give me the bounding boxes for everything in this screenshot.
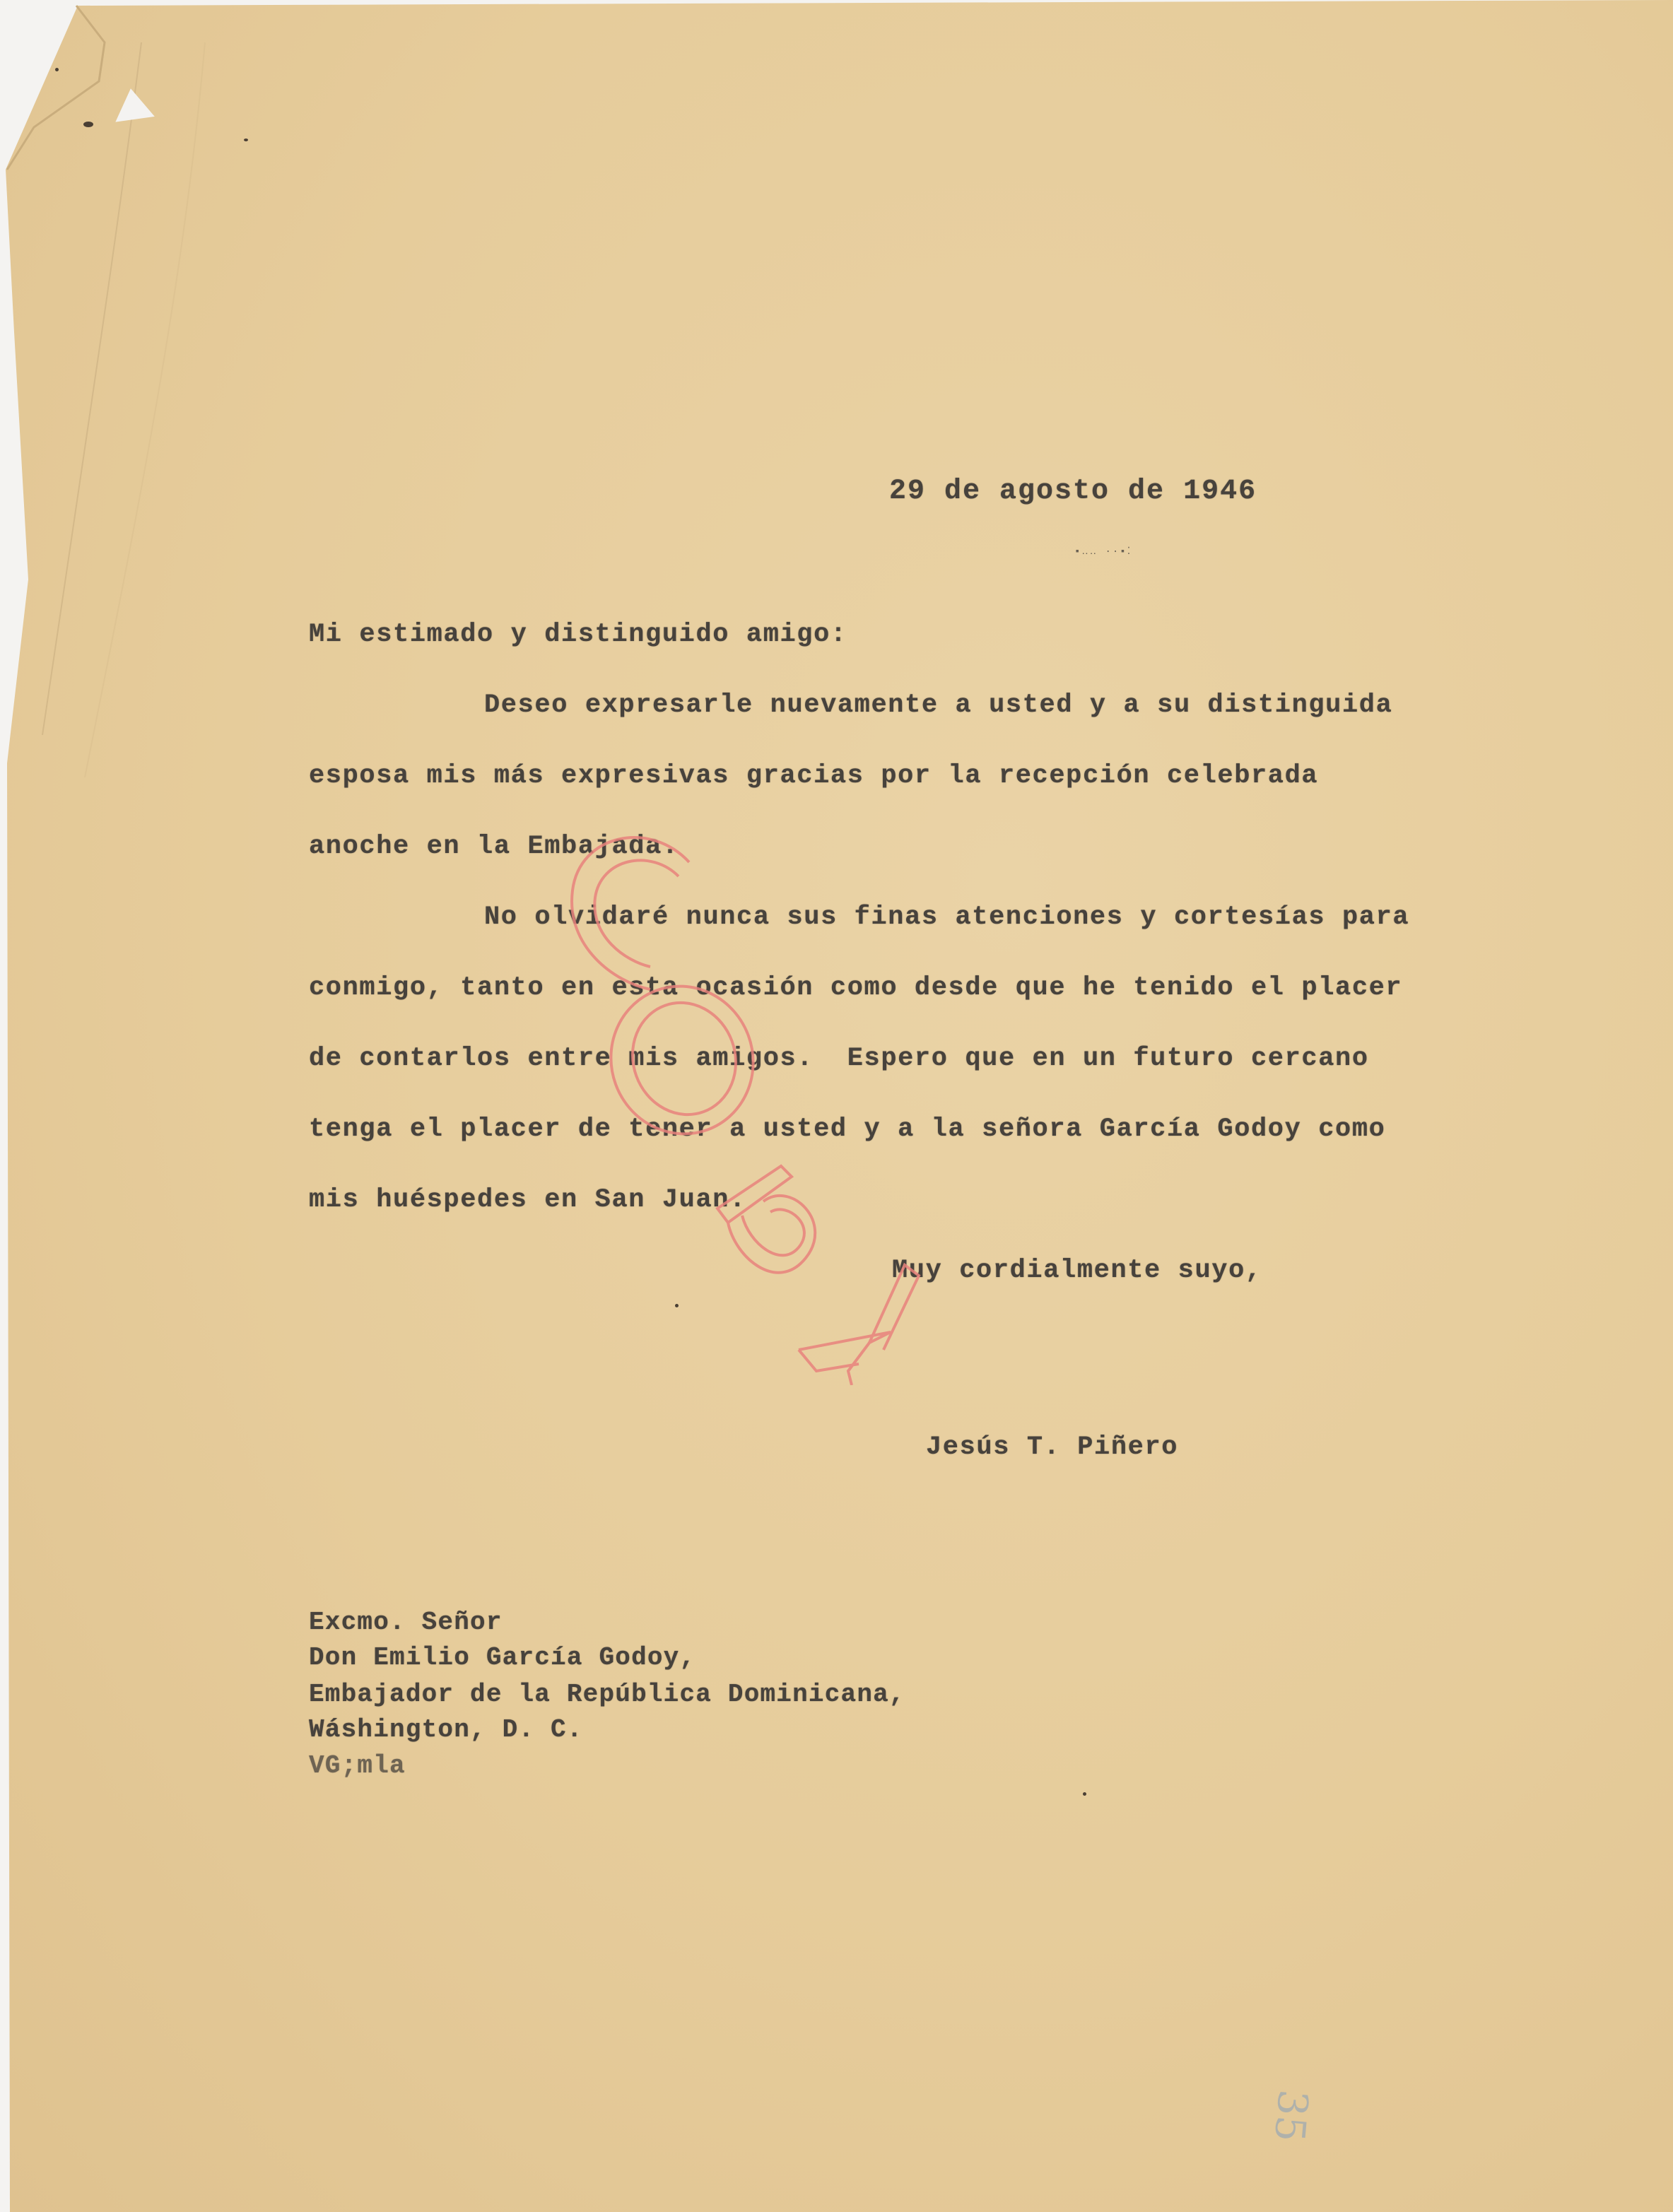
ink-smudge: ▪‥‥ ∙∙▪⁚ xyxy=(1074,546,1132,558)
body-line: No olvidaré nunca sus finas atenciones y… xyxy=(484,905,1409,931)
body-line: mis huéspedes en San Juan. xyxy=(309,1187,746,1213)
reference-initials: VG;mla xyxy=(309,1753,406,1779)
body-line: anoche en la Embajada. xyxy=(309,834,679,860)
recipient-line: Excmo. Señor xyxy=(309,1610,503,1635)
paper-speck xyxy=(55,68,59,71)
paper-speck xyxy=(244,139,248,141)
letter-paper xyxy=(0,0,1673,2212)
body-line: conmigo, tanto en esta ocasión como desd… xyxy=(309,975,1402,1001)
signature-name: Jesús T. Piñero xyxy=(926,1435,1178,1461)
pencil-annotation: 35 xyxy=(1265,2088,1317,2143)
letter-date: 29 de agosto de 1946 xyxy=(889,478,1257,506)
paper-tear-hole xyxy=(111,86,155,122)
recipient-line: Wáshington, D. C. xyxy=(309,1717,583,1743)
body-line: de contarlos entre mis amigos. Espero qu… xyxy=(309,1046,1369,1072)
paper-speck xyxy=(1083,1792,1086,1796)
paper-speck xyxy=(83,122,93,127)
closing: Muy cordialmente suyo, xyxy=(892,1258,1262,1284)
body-line: Deseo expresarle nuevamente a usted y a … xyxy=(484,693,1392,719)
paper-speck xyxy=(675,1304,679,1307)
salutation: Mi estimado y distinguido amigo: xyxy=(309,622,847,648)
recipient-line: Embajador de la República Dominicana, xyxy=(309,1682,905,1707)
recipient-line: Don Emilio García Godoy, xyxy=(309,1645,695,1671)
body-line: esposa mis más expresivas gracias por la… xyxy=(309,763,1318,789)
body-line: tenga el placer de tener a usted y a la … xyxy=(309,1117,1385,1143)
